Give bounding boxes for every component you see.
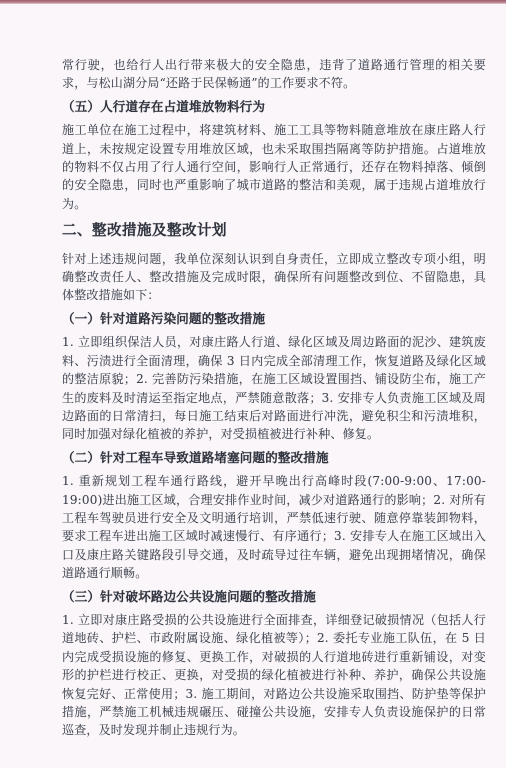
section-5-heading: （五）人行道存在占道堆放物料行为 <box>62 98 486 116</box>
measure-1-heading: （一）针对道路污染问题的整改措施 <box>62 310 486 328</box>
part-2-intro-paragraph: 针对上述违规问题，我单位深刻认识到自身责任，立即成立整改专项小组，明确整改责任人… <box>62 250 486 305</box>
measure-2-heading: （二）针对工程车导致道路堵塞问题的整改措施 <box>62 449 486 467</box>
measure-3-heading: （三）针对破坏路边公共设施问题的整改措施 <box>62 588 486 606</box>
measure-1-paragraph: 1. 立即组织保洁人员，对康庄路人行道、绿化区域及周边路面的泥沙、建筑废料、污渍… <box>62 333 486 443</box>
measure-3-paragraph: 1. 立即对康庄路受损的公共设施进行全面排查，详细登记破损情况（包括人行道地砖、… <box>62 611 486 740</box>
scanned-document-page: { "page": { "background_color": "#faf6f9… <box>0 0 506 768</box>
section-5-paragraph: 施工单位在施工过程中，将建筑材料、施工工具等物料随意堆放在康庄路人行道上，未按规… <box>62 121 486 213</box>
continuation-paragraph: 常行驶，也给行人出行带来极大的安全隐患，违背了道路通行管理的相关要求，与松山湖分… <box>62 56 486 93</box>
scan-top-edge <box>0 0 506 4</box>
part-2-heading: 二、整改措施及整改计划 <box>62 222 486 240</box>
measure-2-paragraph: 1. 重新规划工程车通行路线，避开早晚出行高峰时段(7:00-9:00、17:0… <box>62 472 486 582</box>
document-body: 常行驶，也给行人出行带来极大的安全隐患，违背了道路通行管理的相关要求，与松山湖分… <box>62 56 486 740</box>
